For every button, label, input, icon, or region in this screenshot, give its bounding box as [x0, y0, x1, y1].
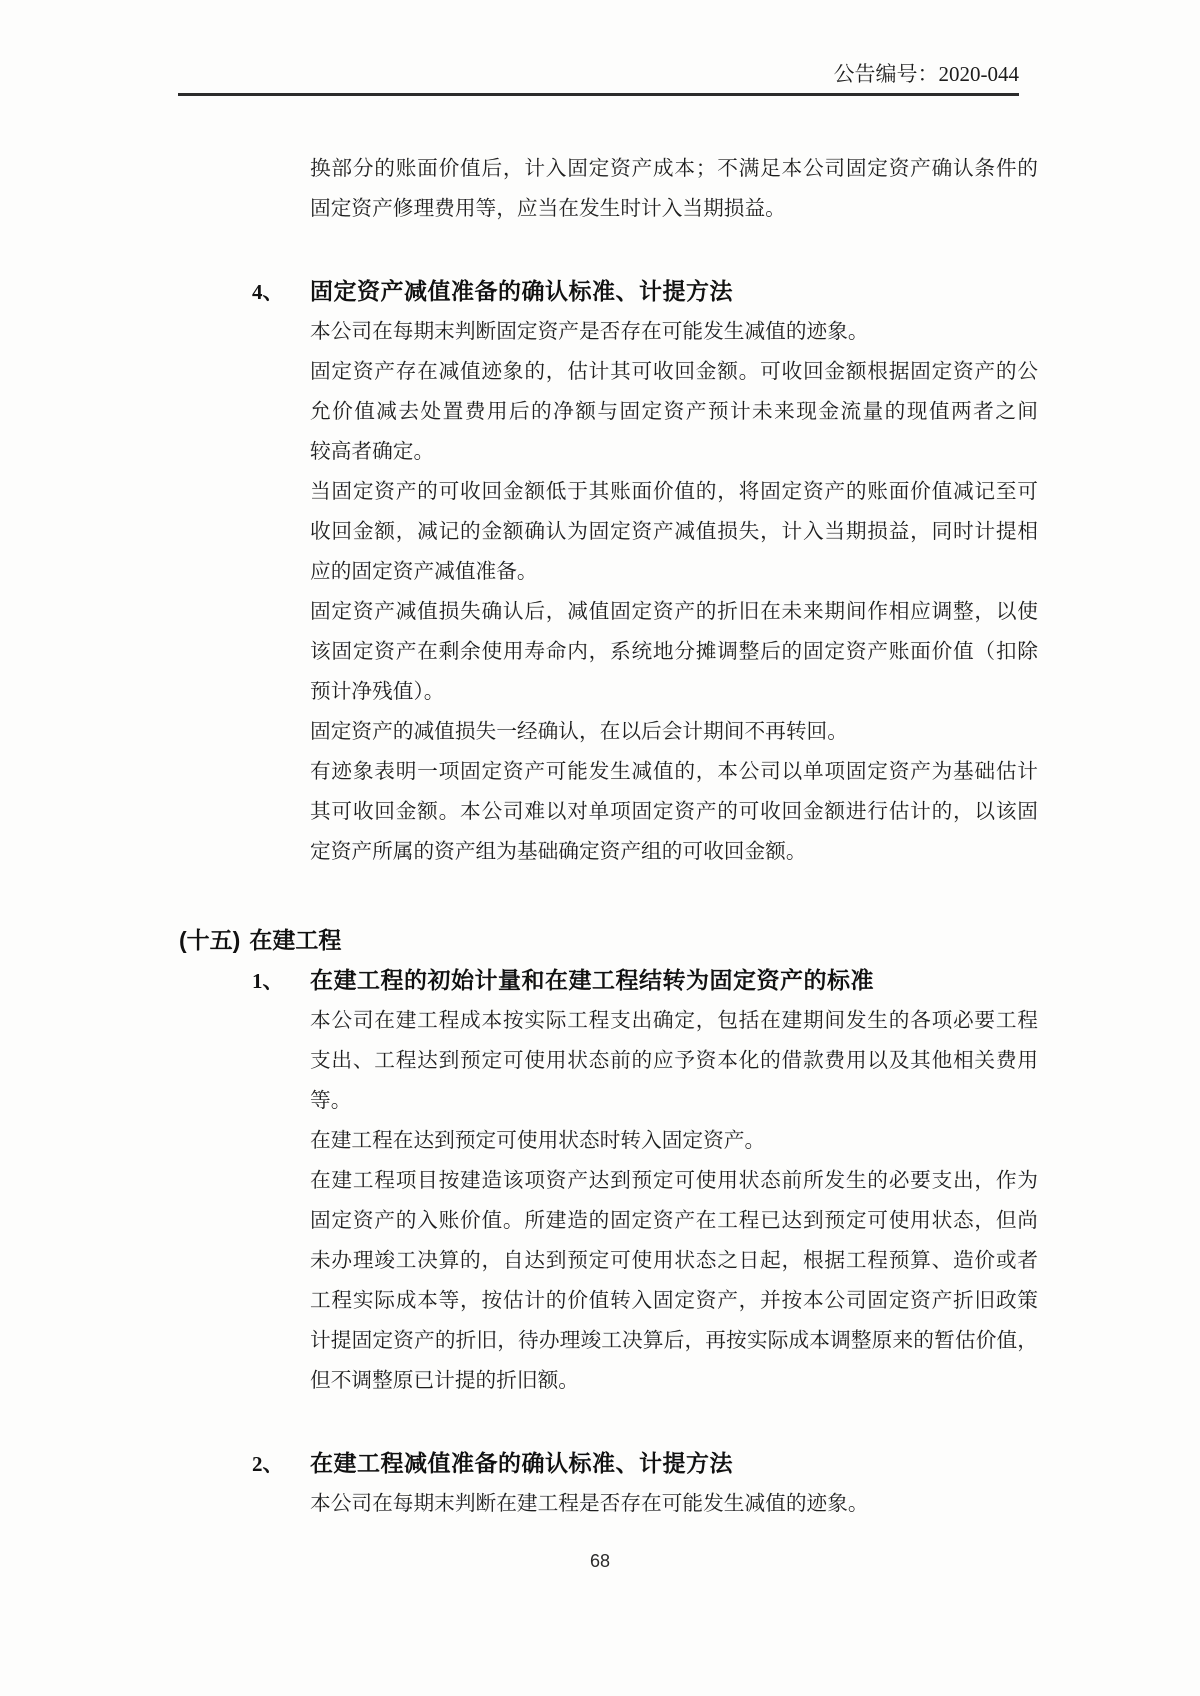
text-line: 但不调整原已计提的折旧额。 — [310, 1361, 1038, 1401]
text-line: 收回金额，减记的金额确认为固定资产减值损失，计入当期损益，同时计提相 — [310, 512, 1038, 552]
paragraph-intro-continuation: 换部分的账面价值后，计入固定资产成本；不满足本公司固定资产确认条件的固定资产修理… — [310, 149, 1038, 229]
heading-title: 固定资产减值准备的确认标准、计提方法 — [310, 271, 733, 311]
text-line: 固定资产的减值损失一经确认，在以后会计期间不再转回。 — [310, 712, 1038, 752]
paragraph: 在建工程项目按建造该项资产达到预定可使用状态前所发生的必要支出，作为固定资产的入… — [310, 1161, 1038, 1401]
paragraph: 在建工程在达到预定可使用状态时转入固定资产。 — [310, 1121, 1038, 1161]
heading-fixed-asset-impairment: 4、 固定资产减值准备的确认标准、计提方法 — [252, 271, 1038, 312]
text-line: 有迹象表明一项固定资产可能发生减值的，本公司以单项固定资产为基础估计 — [310, 752, 1038, 792]
page-header: 公告编号：2020-044 — [178, 58, 1019, 96]
section-heading-construction-in-progress: (十五) 在建工程 — [179, 920, 1038, 960]
paragraph: 固定资产减值损失确认后，减值固定资产的折旧在未来期间作相应调整，以使该固定资产在… — [310, 592, 1038, 712]
text-line: 换部分的账面价值后，计入固定资产成本；不满足本公司固定资产确认条件的 — [310, 149, 1038, 189]
paragraph: 本公司在每期末判断固定资产是否存在可能发生减值的迹象。 — [310, 312, 1038, 352]
heading-cip-initial-measurement: 1、 在建工程的初始计量和在建工程结转为固定资产的标准 — [252, 960, 1038, 1001]
text-line: 当固定资产的可收回金额低于其账面价值的，将固定资产的账面价值减记至可 — [310, 472, 1038, 512]
paragraph: 固定资产存在减值迹象的，估计其可收回金额。可收回金额根据固定资产的公允价值减去处… — [310, 352, 1038, 472]
text-line: 等。 — [310, 1081, 1038, 1121]
text-line: 该固定资产在剩余使用寿命内，系统地分摊调整后的固定资产账面价值（扣除 — [310, 632, 1038, 672]
document-page: 公告编号：2020-044 换部分的账面价值后，计入固定资产成本；不满足本公司固… — [0, 0, 1200, 1696]
text-line: 允价值减去处置费用后的净额与固定资产预计未来现金流量的现值两者之间 — [310, 392, 1038, 432]
page-content: 换部分的账面价值后，计入固定资产成本；不满足本公司固定资产确认条件的固定资产修理… — [179, 149, 1038, 1524]
text-line: 固定资产减值损失确认后，减值固定资产的折旧在未来期间作相应调整，以使 — [310, 592, 1038, 632]
text-line: 在建工程在达到预定可使用状态时转入固定资产。 — [310, 1121, 1038, 1161]
heading-number: 2、 — [252, 1444, 310, 1484]
heading-number: 1、 — [252, 961, 310, 1001]
heading-title: 在建工程的初始计量和在建工程结转为固定资产的标准 — [310, 960, 874, 1000]
text-line: 未办理竣工决算的，自达到预定可使用状态之日起，根据工程预算、造价或者 — [310, 1241, 1038, 1281]
text-line: 计提固定资产的折旧，待办理竣工决算后，再按实际成本调整原来的暂估价值， — [310, 1321, 1038, 1361]
text-line: 在建工程项目按建造该项资产达到预定可使用状态前所发生的必要支出，作为 — [310, 1161, 1038, 1201]
text-line: 支出、工程达到预定可使用状态前的应予资本化的借款费用以及其他相关费用 — [310, 1041, 1038, 1081]
paragraph: 当固定资产的可收回金额低于其账面价值的，将固定资产的账面价值减记至可收回金额，减… — [310, 472, 1038, 592]
text-line: 本公司在每期末判断在建工程是否存在可能发生减值的迹象。 — [310, 1484, 1038, 1524]
text-line: 工程实际成本等，按估计的价值转入固定资产，并按本公司固定资产折旧政策 — [310, 1281, 1038, 1321]
paragraph: 本公司在每期末判断在建工程是否存在可能发生减值的迹象。 — [310, 1484, 1038, 1524]
text-line: 本公司在每期末判断固定资产是否存在可能发生减值的迹象。 — [310, 312, 1038, 352]
paragraph: 本公司在建工程成本按实际工程支出确定，包括在建期间发生的各项必要工程支出、工程达… — [310, 1001, 1038, 1121]
text-line: 其可收回金额。本公司难以对单项固定资产的可收回金额进行估计的，以该固 — [310, 792, 1038, 832]
text-line: 应的固定资产减值准备。 — [310, 552, 1038, 592]
text-line: 固定资产修理费用等，应当在发生时计入当期损益。 — [310, 189, 1038, 229]
page-number: 68 — [590, 1551, 610, 1571]
text-line: 预计净残值）。 — [310, 672, 1038, 712]
heading-title: 在建工程减值准备的确认标准、计提方法 — [310, 1443, 733, 1483]
text-line: 固定资产存在减值迹象的，估计其可收回金额。可收回金额根据固定资产的公 — [310, 352, 1038, 392]
text-line: 固定资产的入账价值。所建造的固定资产在工程已达到预定可使用状态，但尚 — [310, 1201, 1038, 1241]
heading-cip-impairment: 2、 在建工程减值准备的确认标准、计提方法 — [252, 1443, 1038, 1484]
doc-number: 公告编号：2020-044 — [834, 62, 1020, 86]
paragraph: 固定资产的减值损失一经确认，在以后会计期间不再转回。 — [310, 712, 1038, 752]
section-number: (十五) — [179, 920, 240, 960]
text-line: 定资产所属的资产组为基础确定资产组的可收回金额。 — [310, 832, 1038, 872]
section-title: 在建工程 — [249, 920, 341, 960]
heading-number: 4、 — [252, 272, 310, 312]
page-footer: 68 — [0, 1549, 1200, 1573]
text-line: 本公司在建工程成本按实际工程支出确定，包括在建期间发生的各项必要工程 — [310, 1001, 1038, 1041]
paragraph: 有迹象表明一项固定资产可能发生减值的，本公司以单项固定资产为基础估计其可收回金额… — [310, 752, 1038, 872]
text-line: 较高者确定。 — [310, 432, 1038, 472]
